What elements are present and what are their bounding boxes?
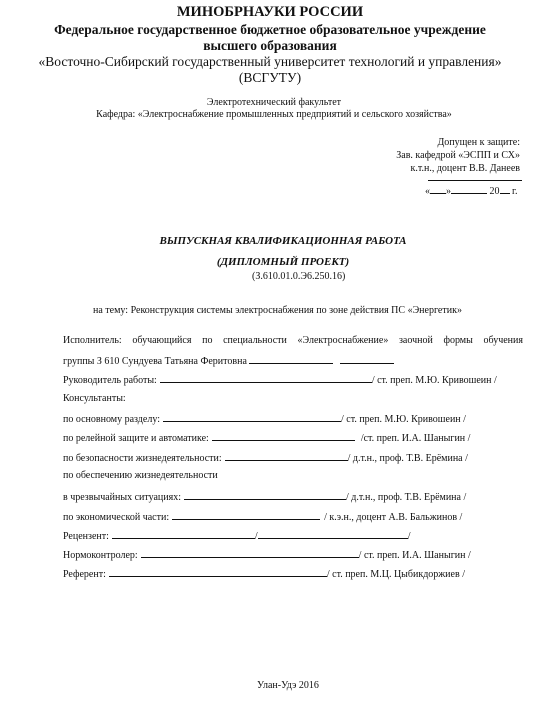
row-label: Нормоконтролер: xyxy=(63,550,138,561)
row-person: /ст. преп. И.А. Шаныгин / xyxy=(361,433,471,444)
performer-line2: группы З 610 Сундуева Татьяна Феритовна xyxy=(63,354,394,367)
document-title: ВЫПУСКНАЯ КВАЛИФИКАЦИОННАЯ РАБОТА xyxy=(141,235,425,247)
date-year: 20 xyxy=(490,186,500,197)
row-person: / ст. преп. М.Ц. Цыбикдоржиев / xyxy=(327,569,465,580)
approval-line3: к.т.н., доцент В.В. Данеев xyxy=(396,162,520,175)
approval-block: Допущен к защите: Зав. кафедрой «ЭСПП и … xyxy=(396,136,520,175)
signature-line xyxy=(225,451,348,461)
row-consultant-economics: по экономической части:/ к.э.н., доцент … xyxy=(63,510,462,523)
date-suffix: г. xyxy=(512,186,517,197)
university-name: «Восточно-Сибирский государственный унив… xyxy=(0,54,540,70)
performer-signature-line xyxy=(249,354,333,364)
row-label: Консультанты: xyxy=(63,393,126,404)
signature-line xyxy=(109,567,327,577)
row-person: / д.т.н., проф. Т.В. Ерёмина / xyxy=(348,453,468,464)
approval-date: «» 20 г. xyxy=(425,184,517,197)
date-year-blank xyxy=(500,184,510,194)
approval-signature-line xyxy=(428,180,522,181)
institution-type-line2: высшего образования xyxy=(0,38,540,54)
topic: на тему: Реконструкция системы электросн… xyxy=(93,305,462,316)
row-label: по релейной защите и автоматике: xyxy=(63,433,209,444)
row-consultant-emergency-header: по обеспечению жизнедеятельности xyxy=(63,470,218,481)
row-norm-controller: Нормоконтролер:/ ст. преп. И.А. Шаныгин … xyxy=(63,548,471,561)
row-supervisor: Руководитель работы:/ ст. преп. М.Ю. Кри… xyxy=(63,373,497,386)
row-label: Референт: xyxy=(63,569,106,580)
performer-date-line xyxy=(340,354,394,364)
institution-type-line1: Федеральное государственное бюджетное об… xyxy=(0,22,540,38)
row-consultants: Консультанты: xyxy=(63,393,126,404)
row-consultant-main: по основному разделу:/ ст. преп. М.Ю. Кр… xyxy=(63,412,466,425)
performer-line1: Исполнитель: обучающийся по специальност… xyxy=(63,335,523,346)
row-label: по экономической части: xyxy=(63,512,169,523)
department: Кафедра: «Электроснабжение промышленных … xyxy=(4,109,540,120)
row-referent: Референт:/ ст. преп. М.Ц. Цыбикдоржиев / xyxy=(63,567,465,580)
document-subtitle: (ДИПЛОМНЫЙ ПРОЕКТ) xyxy=(141,256,425,268)
university-abbr: (ВСГУТУ) xyxy=(0,70,540,86)
reviewer-name-line xyxy=(258,529,408,539)
row-label: в чрезвычайных ситуациях: xyxy=(63,492,181,503)
approval-line2: Зав. кафедрой «ЭСПП и СХ» xyxy=(396,149,520,162)
signature-line xyxy=(212,431,355,441)
row-person: / ст. преп. М.Ю. Кривошеин / xyxy=(372,375,497,386)
row-label: по обеспечению жизнедеятельности xyxy=(63,470,218,481)
document-code: (З.610.01.0.Э6.250.16) xyxy=(252,271,345,282)
signature-line xyxy=(141,548,359,558)
ministry-heading: МИНОБРНАУКИ РОССИИ xyxy=(0,4,540,21)
signature-line xyxy=(112,529,255,539)
row-reviewer: Рецензент:// xyxy=(63,529,410,542)
signature-line xyxy=(184,490,346,500)
row-label: Руководитель работы: xyxy=(63,375,157,386)
reviewer-closing-slash: / xyxy=(408,531,411,542)
row-person: / ст. преп. И.А. Шаныгин / xyxy=(359,550,471,561)
signature-line xyxy=(163,412,341,422)
footer-city-year: Улан-Удэ 2016 xyxy=(257,680,319,691)
row-label: по основному разделу: xyxy=(63,414,160,425)
approval-line1: Допущен к защите: xyxy=(396,136,520,149)
signature-line xyxy=(160,373,372,383)
faculty: Электротехнический факультет xyxy=(4,97,540,108)
signature-line xyxy=(172,510,320,520)
row-consultant-safety: по безопасности жизнедеятельности:/ д.т.… xyxy=(63,451,468,464)
row-label: Рецензент: xyxy=(63,531,109,542)
date-month-blank xyxy=(451,184,487,194)
date-day-blank xyxy=(430,184,446,194)
row-person: / к.э.н., доцент А.В. Бальжинов / xyxy=(324,512,462,523)
row-person: / ст. преп. М.Ю. Кривошеин / xyxy=(341,414,466,425)
row-consultant-relay: по релейной защите и автоматике:/ст. пре… xyxy=(63,431,470,444)
row-person: / д.т.н., проф. Т.В. Ерёмина / xyxy=(346,492,466,503)
performer-name: группы З 610 Сундуева Татьяна Феритовна xyxy=(63,356,247,367)
row-label: по безопасности жизнедеятельности: xyxy=(63,453,222,464)
row-consultant-emergency: в чрезвычайных ситуациях:/ д.т.н., проф.… xyxy=(63,490,466,503)
